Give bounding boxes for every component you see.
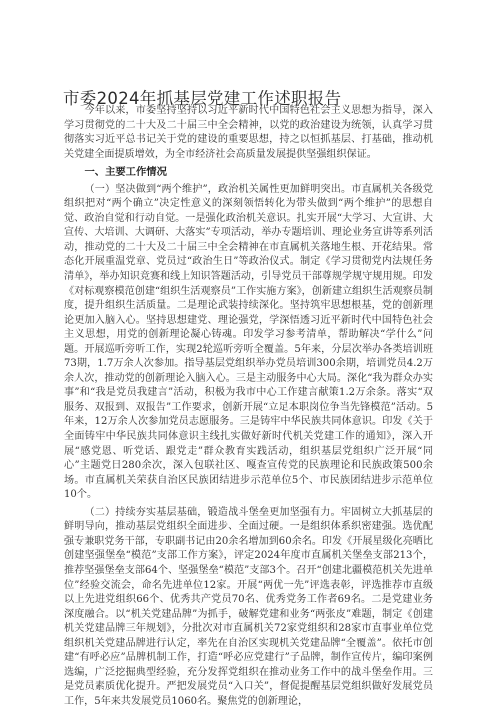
section-heading: 一、主要工作情况 bbox=[64, 165, 433, 180]
intro-paragraph: 今年以来，市委坚持坚持以习近平新时代中国特色社会主义思想为指导，深入学习贯彻党的… bbox=[64, 104, 433, 162]
document-body: 今年以来，市委坚持坚持以习近平新时代中国特色社会主义思想为指导，深入学习贯彻党的… bbox=[64, 104, 433, 707]
document-page: 市委2024年抓基层党建工作述职报告 今年以来，市委坚持坚持以习近平新时代中国特… bbox=[0, 0, 500, 707]
body-paragraph-1: （一）坚决做到“两个维护”，政治机关属性更加鲜明突出。市直属机关各级党组织把对“… bbox=[64, 183, 433, 503]
body-paragraph-2: （二）持续夯实基层基础，锻造战斗堡垒更加坚强有力。牢固树立大抓基层的鲜明导向，推… bbox=[64, 506, 433, 707]
